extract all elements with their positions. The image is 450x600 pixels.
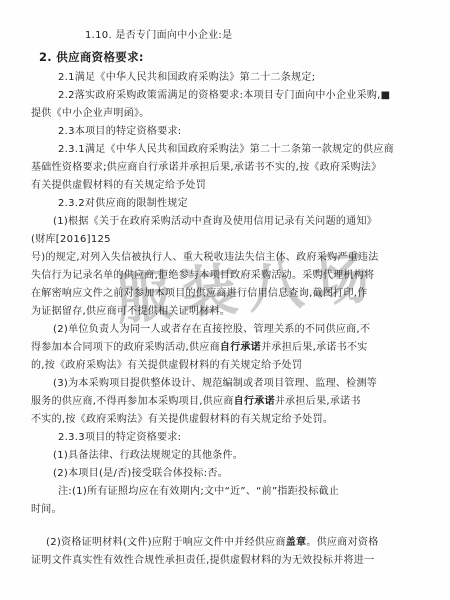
text-run: 在解密响应文件之前对参加本项目的供应商进行信用信息查询,截图打印,作 — [31, 288, 368, 299]
text-run: 时间。 — [31, 504, 62, 515]
paragraph-spacer — [31, 519, 424, 534]
text-run: (2)单位负责人为同一人或者存在直接控股、管理关系的不同供应商,不 — [53, 324, 370, 335]
text-run: 。供应商对资格 — [306, 537, 378, 548]
line-restrict-1: (1)根据《关于在政府采购活动中查询及使用信用记录有关问题的通知》 — [31, 213, 424, 231]
text-run: 2.3.2对供应商的限制性规定 — [58, 198, 188, 209]
line-note: 注:(1)所有证照均应在有效期内;文中“近”、“前”指距投标截止 — [31, 483, 424, 501]
text-run: 并承担后果,承诺书不实 — [261, 342, 367, 353]
line-2-2: 2.2落实政府采购政策需满足的资格要求:本项目专门面向中小企业采购,■ — [31, 87, 424, 105]
text-run: 2.1满足《中华人民共和国政府采购法》第二十二条规定; — [58, 72, 315, 83]
line-note-wrap: 时间。 — [31, 501, 424, 519]
text-run: 1.10. 是否专门面向中小企业:是 — [85, 30, 232, 41]
line-restrict-3-wrap1: 服务的供应商,不得再参加本采购项目,供应商自行承诺并承担后果,承诺书 — [31, 393, 424, 411]
text-run: 服务的供应商,不得再参加本采购项目,供应商 — [31, 396, 234, 407]
text-run: 2.3本项目的特定资格要求: — [58, 126, 181, 137]
text-run: (3)为本采购项目提供整体设计、规范编制或者项目管理、监理、检测等 — [53, 378, 377, 389]
text-run: 自行承诺 — [234, 396, 275, 407]
line-restrict-3-wrap2: 不实的,按《政府采购法》有关提供虚假材料的有关规定给予处罚。 — [31, 411, 424, 429]
text-run: (1)具备法律、行政法规规定的其他条件。 — [53, 450, 243, 461]
line-2-3-1-wrap2: 有关提供虚假材料的有关规定给予处罚 — [31, 177, 424, 195]
text-run: (2)资格证明材料(文件)应附于响应文件中并经供应商 — [46, 537, 286, 548]
text-run: 2.2落实政府采购政策需满足的资格要求:本项目专门面向中小企业采购, — [58, 90, 381, 101]
line-restrict-2-wrap2: 的,按《政府采购法》有关提供虚假材料的有关规定给予处罚 — [31, 357, 424, 375]
line-restrict-2: (2)单位负责人为同一人或者存在直接控股、管理关系的不同供应商,不 — [31, 321, 424, 339]
line-restrict-2-wrap1: 得参加本合同项下的政府采购活动,供应商自行承诺并承担后果,承诺书不实 — [31, 339, 424, 357]
line-restrict-1-wrap5: 为证据留存,供应商可不提供相关证明材料。 — [31, 303, 424, 321]
section-heading: 2. 供应商资格要求: — [39, 46, 424, 68]
text-run: 基础性资格要求;供应商自行承诺并承担后果,承诺书不实的,按《政府采购法》 — [31, 162, 382, 173]
text-run: 为证据留存,供应商可不提供相关证明材料。 — [31, 306, 230, 317]
line-restrict-1-wrap3: 失信行为记录名单的供应商,拒绝参与本项目政府采购活动。采购代理机构将 — [31, 267, 424, 285]
text-run: 有关提供虚假材料的有关规定给予处罚 — [31, 180, 206, 191]
line-cert-materials: (2)资格证明材料(文件)应附于响应文件中并经供应商盖章。供应商对资格 — [31, 534, 424, 552]
line-cert-materials-wrap: 证明文件真实性有效性合规性承担责任,提供虚假材料的为无效投标并将进一 — [31, 552, 424, 570]
text-run: (财库[2016]125 — [31, 234, 111, 245]
line-2-3-2: 2.3.2对供应商的限制性规定 — [31, 195, 424, 213]
line-2-3-1: 2.3.1满足《中华人民共和国政府采购法》第二十二条第一款规定的供应商 — [31, 141, 424, 159]
text-run: 自行承诺 — [220, 342, 261, 353]
text-run: 注:(1)所有证照均应在有效期内;文中“近”、“前”指距投标截止 — [58, 486, 339, 497]
document-page: 服装八场 1.10. 是否专门面向中小企业:是2. 供应商资格要求:2.1满足《… — [0, 0, 450, 600]
line-restrict-1-wrap4: 在解密响应文件之前对参加本项目的供应商进行信用信息查询,截图打印,作 — [31, 285, 424, 303]
text-run: (2)本项目(是/否)接受联合体投标:否。 — [53, 468, 228, 479]
line-1-10: 1.10. 是否专门面向中小企业:是 — [31, 27, 424, 45]
text-run: 盖章 — [286, 537, 307, 548]
text-run: 并承担后果,承诺书 — [275, 396, 361, 407]
line-specific-1: (1)具备法律、行政法规规定的其他条件。 — [31, 447, 424, 465]
text-run: 不实的,按《政府采购法》有关提供虚假材料的有关规定给予处罚。 — [31, 414, 333, 425]
text-run: 的,按《政府采购法》有关提供虚假材料的有关规定给予处罚 — [31, 360, 302, 371]
text-run: 失信行为记录名单的供应商,拒绝参与本项目政府采购活动。采购代理机构将 — [31, 270, 374, 281]
line-2-3: 2.3本项目的特定资格要求: — [31, 123, 424, 141]
checkbox-filled-square: ■ — [381, 90, 391, 101]
line-restrict-3: (3)为本采购项目提供整体设计、规范编制或者项目管理、监理、检测等 — [31, 375, 424, 393]
document-lines: 1.10. 是否专门面向中小企业:是2. 供应商资格要求:2.1满足《中华人民共… — [31, 27, 424, 570]
line-restrict-1-wrap2: 号)的规定,对列入失信被执行人、重大税收违法失信主体、政府采购严重违法 — [31, 249, 424, 267]
text-run: 号)的规定,对列入失信被执行人、重大税收违法失信主体、政府采购严重违法 — [31, 252, 379, 263]
text-run: 得参加本合同项下的政府采购活动,供应商 — [31, 342, 220, 353]
text-run: 证明文件真实性有效性合规性承担责任,提供虚假材料的为无效投标并将进一 — [31, 555, 374, 566]
text-run: 2.3.1满足《中华人民共和国政府采购法》第二十二条第一款规定的供应商 — [58, 144, 394, 155]
line-2-2-wrap: 提供《中小企业声明函》。 — [31, 105, 424, 123]
line-2-3-3: 2.3.3项目的特定资格要求: — [31, 429, 424, 447]
text-run: (1)根据《关于在政府采购活动中查询及使用信用记录有关问题的通知》 — [53, 216, 377, 227]
text-run: 提供《中小企业声明函》。 — [31, 108, 150, 119]
text-run: 2. 供应商资格要求: — [39, 50, 144, 64]
text-run: 2.3.3项目的特定资格要求: — [58, 432, 181, 443]
line-2-3-1-wrap1: 基础性资格要求;供应商自行承诺并承担后果,承诺书不实的,按《政府采购法》 — [31, 159, 424, 177]
line-restrict-1-wrap1: (财库[2016]125 — [31, 231, 424, 249]
line-specific-2: (2)本项目(是/否)接受联合体投标:否。 — [31, 465, 424, 483]
line-2-1: 2.1满足《中华人民共和国政府采购法》第二十二条规定; — [31, 69, 424, 87]
